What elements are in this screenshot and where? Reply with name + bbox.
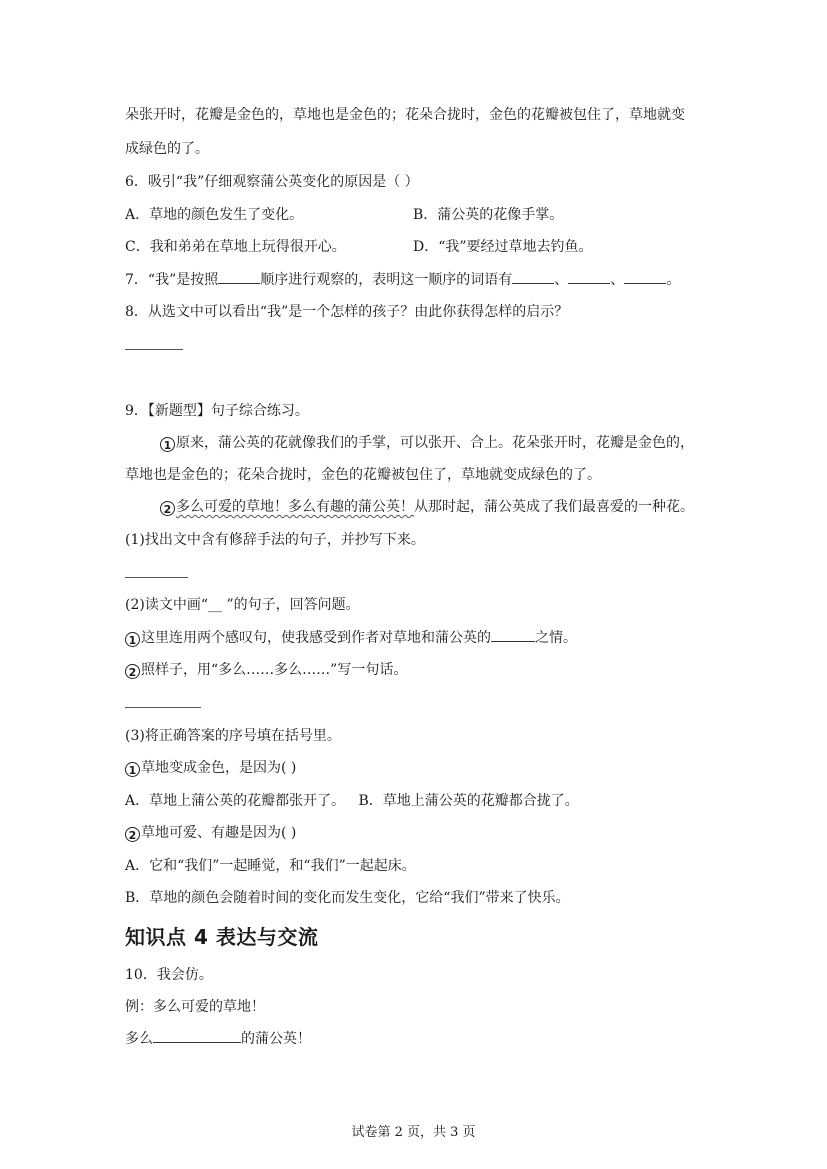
section-heading: 知识点 4 表达与交流 bbox=[125, 921, 318, 950]
circled-number-1: 1 bbox=[125, 632, 140, 647]
q9-sub2: (2)读文中画“__ ”的句子，回答问题。 bbox=[125, 596, 360, 614]
page-footer: 试卷第 2 页，共 3 页 bbox=[0, 1121, 827, 1140]
exam-page: 朵张开时，花瓣是金色的，草地也是金色的；花朵合拢时，金色的花瓣被包住了，草地就变… bbox=[0, 0, 827, 1169]
question-6-stem: 6．吸引“我”仔细观察蒲公英变化的原因是（ ） bbox=[125, 173, 419, 191]
q9-sub1-answer-line[interactable] bbox=[125, 577, 188, 578]
q9-sub3-item2: 2草地可爱、有趣是因为( ) bbox=[125, 824, 296, 842]
q10-fill-prefix: 多么 bbox=[125, 1031, 153, 1047]
q9-sub3-item1-option-a: A．草地上蒲公英的花瓣都张开了。 bbox=[125, 793, 345, 809]
wavy-underlined-sentence: 多么可爱的草地！多么有趣的蒲公英！ bbox=[176, 499, 414, 515]
question-10-stem: 10．我会仿。 bbox=[125, 966, 213, 984]
q6-option-c: C．我和弟弟在草地上玩得很开心。 bbox=[125, 238, 346, 256]
q6-option-b: B．蒲公英的花像手掌。 bbox=[413, 206, 563, 224]
q9-sentence-2-rest: 从那时起，蒲公英成了我们最喜爱的一种花。 bbox=[414, 499, 694, 515]
q9-sub3-item1: 1草地变成金色，是因为( ) bbox=[125, 759, 296, 777]
passage-continuation-line1: 朵张开时，花瓣是金色的，草地也是金色的；花朵合拢时，金色的花瓣被包住了，草地就变 bbox=[125, 106, 685, 124]
question-8-stem: 8．从选文中可以看出“我”是一个怎样的孩子？由此你获得怎样的启示？ bbox=[125, 303, 568, 321]
q9-sub3: (3)将正确答案的序号填在括号里。 bbox=[125, 727, 341, 745]
q7-text-part2: 顺序进行观察的，表明这一顺序的词语有 bbox=[260, 272, 512, 288]
q6-option-d: D．“我”要经过草地去钓鱼。 bbox=[413, 238, 593, 256]
q6-option-a: A．草地的颜色发生了变化。 bbox=[125, 206, 303, 224]
q9-sub2-answer-line[interactable] bbox=[125, 707, 201, 708]
q10-fill-suffix: 的蒲公英！ bbox=[241, 1031, 311, 1047]
q7-separator: 、 bbox=[610, 272, 624, 288]
q9-sub2-item1-text: 这里连用两个感叹句，使我感受到作者对草地和蒲公英的 bbox=[141, 630, 491, 646]
q7-blank-word2[interactable] bbox=[568, 271, 610, 284]
circled-number-2: 2 bbox=[125, 827, 140, 842]
q9-sub3-item1-options: A．草地上蒲公英的花瓣都张开了。 B．草地上蒲公英的花瓣都合拢了。 bbox=[125, 792, 579, 810]
q9-sub2-blank-feeling[interactable] bbox=[491, 629, 535, 642]
q9-sub1: (1)找出文中含有修辞手法的句子，并抄写下来。 bbox=[125, 531, 425, 549]
q9-sub3-item2-text: 草地可爱、有趣是因为( ) bbox=[141, 825, 296, 841]
q9-sub2-item1-end: 之情。 bbox=[535, 630, 577, 646]
q10-example: 例：多么可爱的草地！ bbox=[125, 998, 265, 1016]
q9-sentence-1-line1: 1原来，蒲公英的花就像我们的手掌，可以张开、合上。花朵张开时，花瓣是金色的， bbox=[160, 434, 694, 452]
circled-number-2: 2 bbox=[125, 664, 140, 679]
q9-sentence-2: 2多么可爱的草地！多么有趣的蒲公英！从那时起，蒲公英成了我们最喜爱的一种花。 bbox=[160, 498, 694, 516]
q7-blank-word3[interactable] bbox=[624, 271, 666, 284]
q10-blank[interactable] bbox=[153, 1030, 241, 1043]
circled-number-2: 2 bbox=[160, 501, 175, 516]
q9-sub2-item1: 1这里连用两个感叹句，使我感受到作者对草地和蒲公英的之情。 bbox=[125, 629, 577, 647]
question-9-stem: 9．【新题型】句子综合练习。 bbox=[125, 402, 309, 420]
circled-number-1: 1 bbox=[160, 437, 175, 452]
q7-blank-word1[interactable] bbox=[512, 271, 554, 284]
q7-text-part1: 7．“我”是按照 bbox=[125, 272, 218, 288]
q9-sentence-1-line2: 草地也是金色的；花朵合拢时，金色的花瓣被包住了，草地就变成绿色的了。 bbox=[125, 466, 601, 484]
q8-answer-line[interactable] bbox=[125, 349, 183, 350]
passage-continuation-line2: 成绿色的了。 bbox=[125, 140, 209, 158]
q7-separator: 、 bbox=[554, 272, 568, 288]
q9-sub3-item2-option-b: B．草地的颜色会随着时间的变化而发生变化，它给“我们”带来了快乐。 bbox=[125, 889, 570, 907]
q9-sub2-item2-text: 照样子，用“多么……多么……”写一句话。 bbox=[141, 662, 407, 678]
q9-sub3-item2-option-a: A．它和“我们”一起睡觉，和“我们”一起起床。 bbox=[125, 857, 416, 875]
question-7: 7．“我”是按照顺序进行观察的，表明这一顺序的词语有、、。 bbox=[125, 271, 680, 289]
q9-sub2-item2: 2照样子，用“多么……多么……”写一句话。 bbox=[125, 661, 407, 679]
q7-blank-order[interactable] bbox=[218, 271, 260, 284]
q10-fill: 多么的蒲公英！ bbox=[125, 1030, 311, 1048]
q9-sub3-item1-text: 草地变成金色，是因为( ) bbox=[141, 760, 296, 776]
circled-number-1: 1 bbox=[125, 762, 140, 777]
q9-sentence-1-text: 原来，蒲公英的花就像我们的手掌，可以张开、合上。花朵张开时，花瓣是金色的， bbox=[176, 435, 694, 451]
q7-period: 。 bbox=[666, 272, 680, 288]
q9-sub3-item1-option-b: B．草地上蒲公英的花瓣都合拢了。 bbox=[358, 793, 578, 809]
